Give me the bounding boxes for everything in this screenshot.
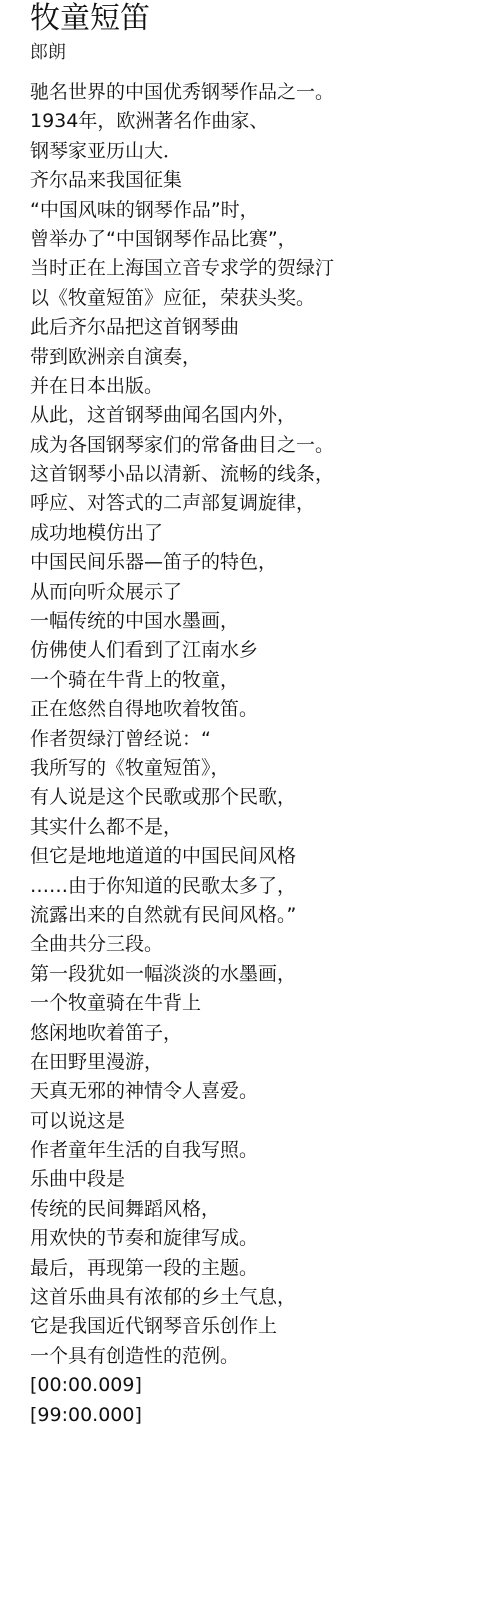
lyric-line: 天真无邪的神情令人喜爱。: [30, 1077, 490, 1106]
lyrics-page: 牧童短笛 郎朗 驰名世界的中国优秀钢琴作品之一。1934年，欧洲著名作曲家、钢琴…: [30, 0, 490, 1446]
lyric-line: 以《牧童短笛》应征，荣获头奖。: [30, 284, 490, 313]
lyric-line: 这首钢琴小品以清新、流畅的线条，: [30, 460, 490, 489]
lyric-line: 正在悠然自得地吹着牧笛。: [30, 695, 490, 724]
lyric-line: 作者贺绿汀曾经说：“: [30, 725, 490, 754]
lyric-line: 悠闲地吹着笛子，: [30, 1019, 490, 1048]
lyric-line: 齐尔品来我国征集: [30, 166, 490, 195]
lyric-line: 一幅传统的中国水墨画，: [30, 607, 490, 636]
lyric-line: 从此，这首钢琴曲闻名国内外，: [30, 401, 490, 430]
lyric-line: 钢琴家亚历山大．: [30, 137, 490, 166]
lyric-line: [99:00.000]: [30, 1401, 490, 1430]
lyric-line: 其实什么都不是，: [30, 813, 490, 842]
lyric-line: 一个具有创造性的范例。: [30, 1342, 490, 1371]
lyric-line: 驰名世界的中国优秀钢琴作品之一。: [30, 78, 490, 107]
lyric-line: [00:00.009]: [30, 1371, 490, 1400]
lyric-line: 呼应、对答式的二声部复调旋律，: [30, 489, 490, 518]
lyric-line: 最后，再现第一段的主题。: [30, 1254, 490, 1283]
lyric-line: 当时正在上海国立音专求学的贺绿汀: [30, 254, 490, 283]
lyric-line: 传统的民间舞蹈风格，: [30, 1195, 490, 1224]
lyric-line: 第一段犹如一幅淡淡的水墨画，: [30, 960, 490, 989]
lyric-line: 全曲共分三段。: [30, 930, 490, 959]
lyric-line: 一个骑在牛背上的牧童，: [30, 666, 490, 695]
lyric-line: 带到欧洲亲自演奏，: [30, 343, 490, 372]
lyric-line: 中国民间乐器—笛子的特色，: [30, 548, 490, 577]
song-title: 牧童短笛: [30, 0, 490, 37]
lyric-line: 一个牧童骑在牛背上: [30, 989, 490, 1018]
lyric-line: 乐曲中段是: [30, 1165, 490, 1194]
lyric-line: 并在日本出版。: [30, 372, 490, 401]
lyric-line: 从而向听众展示了: [30, 578, 490, 607]
lyric-line: 可以说这是: [30, 1107, 490, 1136]
lyric-line: 此后齐尔品把这首钢琴曲: [30, 313, 490, 342]
lyric-line: 成功地模仿出了: [30, 519, 490, 548]
lyric-line: 成为各国钢琴家们的常备曲目之一。: [30, 431, 490, 460]
lyric-line: 1934年，欧洲著名作曲家、: [30, 107, 490, 136]
lyric-line: 作者童年生活的自我写照。: [30, 1136, 490, 1165]
artist-name: 郎朗: [30, 41, 490, 65]
lyric-line: 但它是地地道道的中国民间风格: [30, 842, 490, 871]
lyric-line: 我所写的《牧童短笛》，: [30, 754, 490, 783]
lyric-line: 有人说是这个民歌或那个民歌，: [30, 783, 490, 812]
lyric-line: 这首乐曲具有浓郁的乡土气息，: [30, 1283, 490, 1312]
lyric-line: 用欢快的节奏和旋律写成。: [30, 1224, 490, 1253]
lyrics-list: 驰名世界的中国优秀钢琴作品之一。1934年，欧洲著名作曲家、钢琴家亚历山大．齐尔…: [30, 78, 490, 1430]
lyric-line: 它是我国近代钢琴音乐创作上: [30, 1312, 490, 1341]
lyric-line: 仿佛使人们看到了江南水乡: [30, 636, 490, 665]
lyric-line: “中国风味的钢琴作品”时，: [30, 196, 490, 225]
lyric-line: ……由于你知道的民歌太多了，: [30, 872, 490, 901]
lyric-line: 曾举办了“中国钢琴作品比赛”，: [30, 225, 490, 254]
lyric-line: 流露出来的自然就有民间风格。”: [30, 901, 490, 930]
lyric-line: 在田野里漫游，: [30, 1048, 490, 1077]
